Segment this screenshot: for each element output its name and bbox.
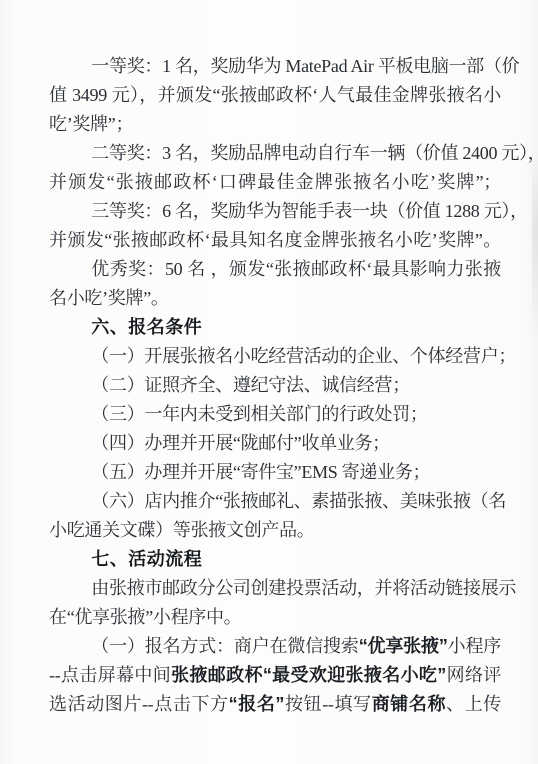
body-text: （二）证照齐全、遵纪守法、诚信经营； xyxy=(91,375,410,395)
body-text: （四）办理并开展“陇邮付”收单业务； xyxy=(91,433,390,453)
text-line: 优秀奖：50 名 ，颁发“张掖邮政杯‘最具影响力张掖 xyxy=(49,255,501,284)
text-line: （三）一年内未受到相关部门的行政处罚； xyxy=(49,400,501,429)
body-text: 并颁发“张掖邮政杯‘口碑最佳金牌张掖名小吃’奖牌”； xyxy=(49,172,501,192)
text-line: （四）办理并开展“陇邮付”收单业务； xyxy=(49,429,501,458)
document-page: 一等奖：1 名，奖励华为 MatePad Air 平板电脑一部（价值 3499 … xyxy=(0,0,538,764)
body-text: 小程序 xyxy=(448,636,501,656)
body-text: 选活动图片--点击下方 xyxy=(49,694,229,714)
text-line: 并颁发“张掖邮政杯‘最具知名度金牌张掖名小吃’奖牌”。 xyxy=(49,226,501,255)
emphasis-text: 商铺名称 xyxy=(372,694,446,714)
body-text: （三）一年内未受到相关部门的行政处罚； xyxy=(91,404,427,424)
text-line: （二）证照齐全、遵纪守法、诚信经营； xyxy=(49,371,501,400)
text-line: 选活动图片--点击下方“报名”按钮--填写商铺名称、上传 xyxy=(49,690,501,719)
text-line: （六）店内推介“张掖邮礼、素描张掖、美味张掖（名 xyxy=(49,487,501,516)
body-text: 、上传 xyxy=(446,694,501,714)
emphasis-text: “优享张掖” xyxy=(359,636,448,656)
scan-artifact-speck xyxy=(308,406,311,409)
text-line: 并颁发“张掖邮政杯‘口碑最佳金牌张掖名小吃’奖牌”； xyxy=(49,168,501,197)
emphasis-text: “报名” xyxy=(229,694,285,714)
text-line: --点击屏幕中间张掖邮政杯“最受欢迎张掖名小吃”网络评 xyxy=(49,661,501,690)
body-text: 二等奖：3 名，奖励品牌电动自行车一辆（价值 2400 元）， xyxy=(91,143,538,163)
body-text: 按钮--填写 xyxy=(284,694,372,714)
text-line: （一）报名方式：商户在微信搜索“优享张掖”小程序 xyxy=(49,632,501,661)
body-text: 值 3499 元），并颁发“张掖邮政杯‘人气最佳金牌张掖名小 xyxy=(49,85,501,105)
emphasis-text: 六、报名条件 xyxy=(91,317,202,337)
text-line: （五）办理并开展“寄件宝”EMS 寄递业务； xyxy=(49,458,501,487)
body-text: 一等奖：1 名，奖励华为 MatePad Air 平板电脑一部（价 xyxy=(91,56,519,76)
text-line: 值 3499 元），并颁发“张掖邮政杯‘人气最佳金牌张掖名小 xyxy=(49,81,501,110)
scan-artifact-speck xyxy=(128,588,130,590)
text-line: 在“优享张掖”小程序中。 xyxy=(49,603,501,632)
text-line: 名小吃’奖牌”。 xyxy=(49,284,501,313)
body-text: 网络评 xyxy=(446,665,501,685)
text-line: 小吃通关文碟）等张掖文创产品。 xyxy=(49,516,501,545)
text-line: 三等奖：6 名，奖励华为智能手表一块（价值 1288 元）， xyxy=(49,197,501,226)
body-text: （五）办理并开展“寄件宝”EMS 寄递业务； xyxy=(91,462,430,482)
body-text: 在“优享张掖”小程序中。 xyxy=(49,607,241,627)
body-text: 小吃通关文碟）等张掖文创产品。 xyxy=(49,520,315,540)
body-text: 吃’奖牌”； xyxy=(49,114,133,134)
document-text-block: 一等奖：1 名，奖励华为 MatePad Air 平板电脑一部（价值 3499 … xyxy=(49,52,501,719)
section-heading: 七、活动流程 xyxy=(49,545,501,574)
text-line: （一）开展张掖名小吃经营活动的企业、个体经营户； xyxy=(49,342,501,371)
text-line: 吃’奖牌”； xyxy=(49,110,501,139)
text-line: 二等奖：3 名，奖励品牌电动自行车一辆（价值 2400 元）， xyxy=(49,139,501,168)
body-text: 三等奖：6 名，奖励华为智能手表一块（价值 1288 元）， xyxy=(91,201,528,221)
body-text: --点击屏幕中间 xyxy=(49,665,171,685)
body-text: 名小吃’奖牌”。 xyxy=(49,288,169,308)
body-text: （一）开展张掖名小吃经营活动的企业、个体经营户； xyxy=(91,346,516,366)
emphasis-text: 七、活动流程 xyxy=(91,549,202,569)
body-text: 并颁发“张掖邮政杯‘最具知名度金牌张掖名小吃’奖牌”。 xyxy=(49,230,501,250)
body-text: （一）报名方式：商户在微信搜索 xyxy=(91,636,358,656)
emphasis-text: 张掖邮政杯“最受欢迎张掖名小吃” xyxy=(171,665,446,685)
section-heading: 六、报名条件 xyxy=(49,313,501,342)
text-line: 由张掖市邮政分公司创建投票活动，并将活动链接展示 xyxy=(49,574,501,603)
body-text: 优秀奖：50 名 ，颁发“张掖邮政杯‘最具影响力张掖 xyxy=(91,259,501,279)
body-text: 由张掖市邮政分公司创建投票活动，并将活动链接展示 xyxy=(91,578,516,598)
scan-artifact-streak xyxy=(532,150,538,340)
text-line: 一等奖：1 名，奖励华为 MatePad Air 平板电脑一部（价 xyxy=(49,52,501,81)
body-text: （六）店内推介“张掖邮礼、素描张掖、美味张掖（名 xyxy=(91,491,506,511)
